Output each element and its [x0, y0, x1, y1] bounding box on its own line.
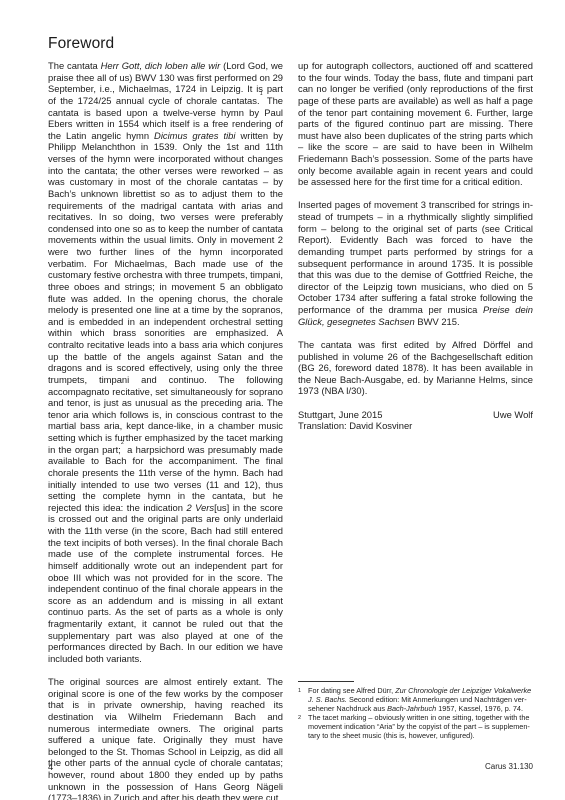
footnote-1: 1 For dating see Alfred Dürr, Zur Chrono…: [298, 687, 533, 714]
left-column: The cantata Herr Gott, dich loben alle w…: [48, 60, 283, 800]
right-column: up for autograph collectors, auctioned o…: [298, 60, 533, 432]
footnote-number: 2: [298, 714, 308, 741]
cantata-title: Herr Gott, dich loben alle wir: [101, 60, 221, 71]
footnotes: 1 For dating see Alfred Dürr, Zur Chrono…: [298, 681, 533, 740]
journal-title: Bach-Jahrbuch: [387, 704, 436, 713]
footnote-number: 1: [298, 687, 308, 714]
paragraph-parts-fate: up for autograph collectors, auctioned o…: [298, 60, 533, 188]
page-number: 4: [48, 761, 53, 772]
author: Uwe Wolf: [493, 409, 533, 421]
place-date: Stuttgart, June 2015: [298, 409, 382, 421]
hymn-title: Dicimus grates tibi: [154, 130, 235, 141]
paragraph-inserted-pages: Inserted pages of movement 3 transcribed…: [298, 199, 533, 327]
vers-indication: 2 Vers: [186, 502, 214, 513]
catalog-number: Carus 31.130: [485, 762, 533, 771]
paragraph-original-sources: The original sources are almost entirely…: [48, 676, 283, 800]
footnote-2: 2 The tacet marking – obviously written …: [298, 714, 533, 741]
footnote-ref-2[interactable]: 2: [121, 440, 124, 446]
footnote-ref-1[interactable]: 1: [260, 91, 263, 97]
footnote-divider: [298, 681, 354, 682]
page-title: Foreword: [48, 35, 114, 53]
paragraph-cantata-overview: The cantata Herr Gott, dich loben alle w…: [48, 60, 283, 665]
paragraph-editions: The cantata was first edited by Alfred D…: [298, 339, 533, 397]
translator-credit: Translation: David Kosviner: [298, 420, 533, 432]
signature-line: Stuttgart, June 2015 Uwe Wolf: [298, 409, 533, 421]
